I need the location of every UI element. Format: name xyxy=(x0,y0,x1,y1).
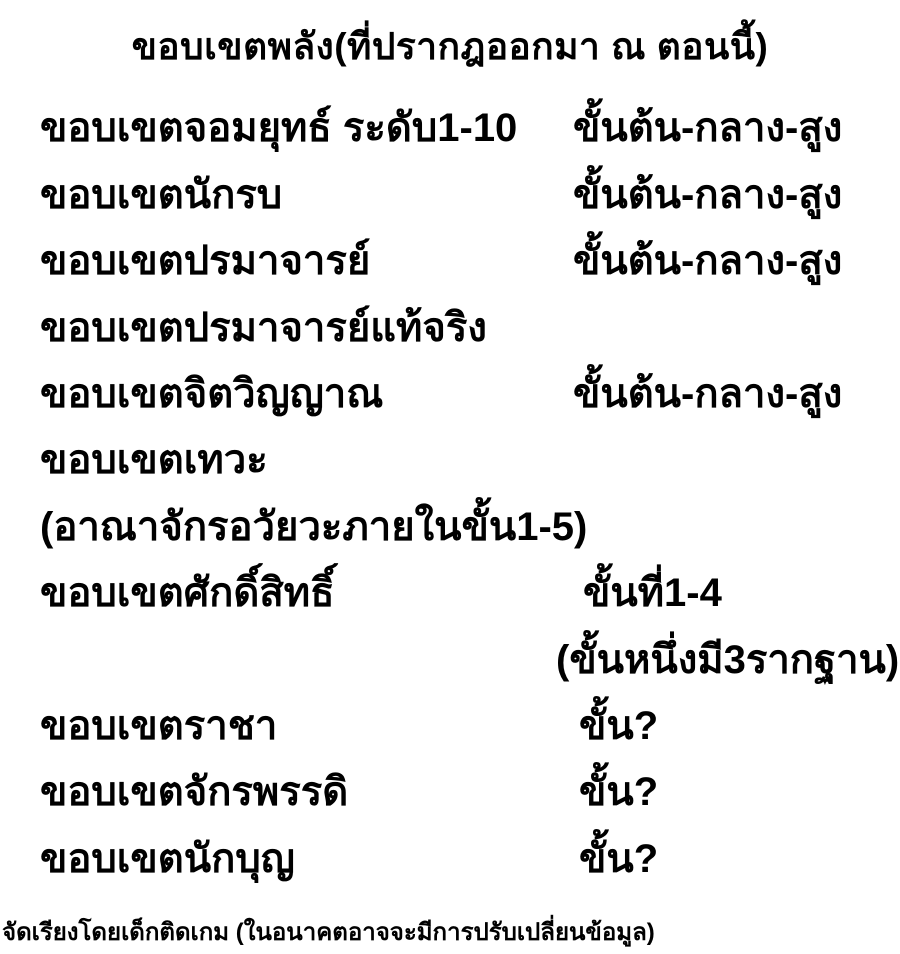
realm-row: (อาณาจักรอวัยวะภายในขั้น1-5) xyxy=(0,498,900,564)
realm-row: ขอบเขตจิตวิญญาณ ขั้นต้น-กลาง-สูง xyxy=(0,366,900,432)
realm-row: ขอบเขตปรมาจารย์แท้จริง xyxy=(0,299,900,365)
realm-label: ขอบเขตจอมยุทธ์ ระดับ1-10 xyxy=(40,95,517,159)
realm-label: ขอบเขตศักดิ์สิทธิ์ xyxy=(40,560,335,624)
realm-stage: ขั้นที่1-4 xyxy=(583,560,722,624)
realm-row: ขอบเขตเทวะ xyxy=(0,432,900,498)
realm-label: ขอบเขตปรมาจารย์ xyxy=(40,228,370,292)
page: { "page": { "title": "ขอบเขตพลัง(ที่ปราก… xyxy=(0,0,900,954)
realm-label: ขอบเขตเทวะ xyxy=(40,427,268,491)
realm-row: ขอบเขตนักรบ ขั้นต้น-กลาง-สูง xyxy=(0,166,900,232)
realm-row: ขอบเขตราชา ขั้น? xyxy=(0,698,900,764)
realm-stage: ขั้นต้น-กลาง-สูง xyxy=(573,361,842,425)
realm-stage: ขั้น? xyxy=(579,826,658,890)
realm-list: ขอบเขตจอมยุทธ์ ระดับ1-10 ขั้นต้น-กลาง-สู… xyxy=(0,100,900,897)
realm-label: ขอบเขตราชา xyxy=(40,693,277,757)
page-title: ขอบเขตพลัง(ที่ปรากฎออกมา ณ ตอนนี้) xyxy=(0,16,900,78)
realm-row: ขอบเขตจอมยุทธ์ ระดับ1-10 ขั้นต้น-กลาง-สู… xyxy=(0,100,900,166)
realm-row: ขอบเขตจักรพรรดิ ขั้น? xyxy=(0,764,900,830)
footer-credit: จัดเรียงโดยเด็กติดเกม (ในอนาคตอาจจะมีการ… xyxy=(2,912,655,951)
realm-label: (อาณาจักรอวัยวะภายในขั้น1-5) xyxy=(40,494,587,558)
realm-label: ขอบเขตนักบุญ xyxy=(40,826,295,890)
realm-label: ขอบเขตจักรพรรดิ xyxy=(40,759,348,823)
realm-stage: ขั้น? xyxy=(579,759,658,823)
realm-label: ขอบเขตนักรบ xyxy=(40,162,282,226)
realm-row: ขอบเขตศักดิ์สิทธิ์ ขั้นที่1-4 xyxy=(0,565,900,631)
realm-stage: ขั้น? xyxy=(579,693,658,757)
realm-stage: ขั้นต้น-กลาง-สูง xyxy=(573,228,842,292)
realm-label: ขอบเขตจิตวิญญาณ xyxy=(40,361,383,425)
realm-label: ขอบเขตปรมาจารย์แท้จริง xyxy=(40,295,487,359)
realm-stage: ขั้นต้น-กลาง-สูง xyxy=(573,162,842,226)
realm-row: ขอบเขตนักบุญ ขั้น? xyxy=(0,830,900,896)
realm-row: (ขั้นหนึ่งมี3รากฐาน) xyxy=(0,631,900,697)
realm-stage: (ขั้นหนึ่งมี3รากฐาน) xyxy=(556,627,899,691)
realm-row: ขอบเขตปรมาจารย์ ขั้นต้น-กลาง-สูง xyxy=(0,233,900,299)
realm-stage: ขั้นต้น-กลาง-สูง xyxy=(573,95,842,159)
